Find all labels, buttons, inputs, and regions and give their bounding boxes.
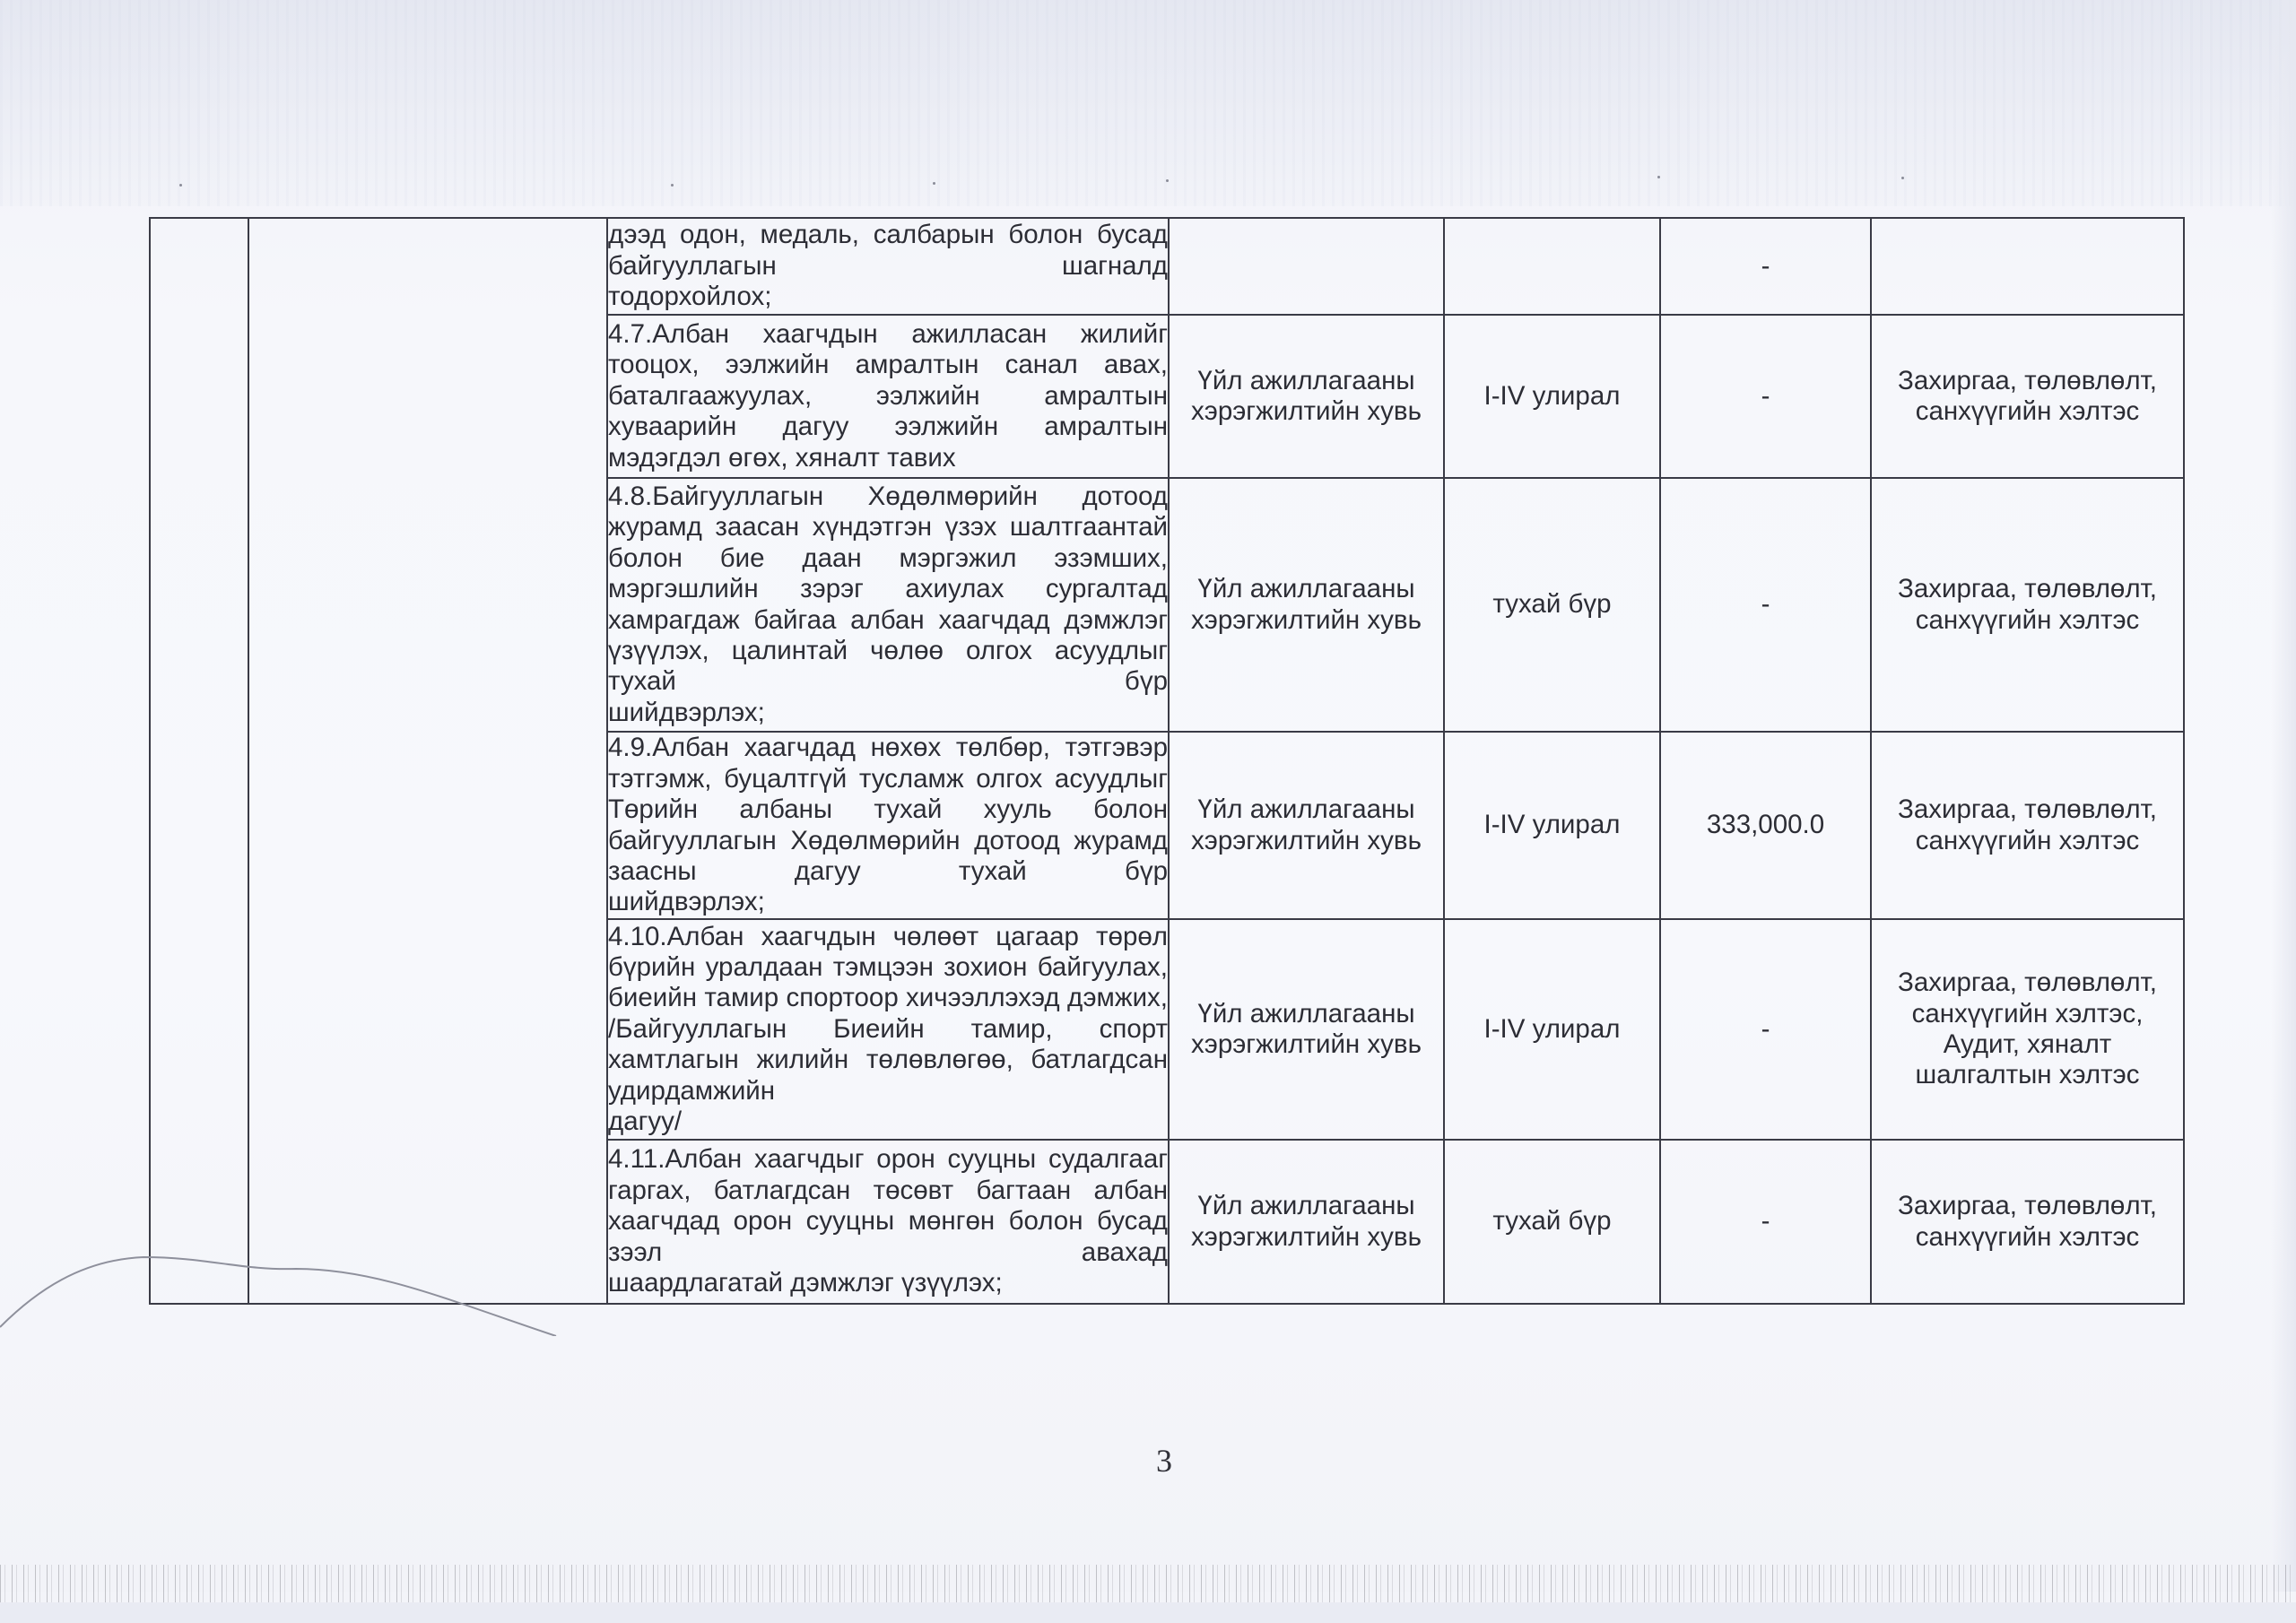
page-edge-shadow	[2271, 0, 2296, 1592]
activity-description-text: 4.7.Албан хаагчдын ажилласан жилийг тооц…	[608, 319, 1168, 441]
responsible-unit-cell: Захиргаа, төлөвлөлт, санхүүгийн хэлтэс	[1871, 1140, 2184, 1304]
scan-bottom-edge	[0, 1602, 2296, 1623]
budget-cell: -	[1660, 315, 1871, 478]
budget-cell: -	[1660, 1140, 1871, 1304]
responsible-unit-cell: Захиргаа, төлөвлөлт, санхүүгийн хэлтэс, …	[1871, 919, 2184, 1140]
activity-description-last-line: шаардлагатай дэмжлэг үзүүлэх;	[608, 1268, 1168, 1298]
activity-description-text: 4.11.Албан хаагчдыг орон сууцны судалгаа…	[608, 1144, 1168, 1266]
responsible-unit-cell	[1871, 218, 2184, 315]
activity-description-cell: 4.11.Албан хаагчдыг орон сууцны судалгаа…	[607, 1140, 1169, 1304]
indicator-cell: Үйл ажиллагааны хэрэгжилтийн хувь	[1169, 1140, 1444, 1304]
activity-description-last-line: тодорхойлох;	[608, 282, 1168, 312]
plan-table: дээд одон, медаль, салбарын болон бусад …	[149, 217, 2185, 1305]
responsible-unit-cell: Захиргаа, төлөвлөлт, санхүүгийн хэлтэс	[1871, 478, 2184, 732]
budget-cell: -	[1660, 478, 1871, 732]
indicator-cell: Үйл ажиллагааны хэрэгжилтийн хувь	[1169, 315, 1444, 478]
activity-description-last-line: шийдвэрлэх;	[608, 887, 1168, 917]
activity-description-cell: 4.8.Байгууллагын Хөдөлмөрийн дотоод жура…	[607, 478, 1169, 732]
scan-speck	[933, 182, 935, 185]
number-cell	[150, 218, 248, 1304]
timeline-cell: I-IV улирал	[1444, 315, 1660, 478]
goal-cell	[248, 218, 607, 1304]
budget-cell: 333,000.0	[1660, 732, 1871, 919]
activity-description-text: дээд одон, медаль, салбарын болон бусад …	[608, 220, 1168, 280]
indicator-cell: Үйл ажиллагааны хэрэгжилтийн хувь	[1169, 478, 1444, 732]
activity-description-last-line: дагуу/	[608, 1107, 1168, 1137]
scan-noise-top	[0, 0, 2296, 206]
scan-speck	[671, 184, 674, 187]
timeline-cell: тухай бүр	[1444, 1140, 1660, 1304]
timeline-cell: тухай бүр	[1444, 478, 1660, 732]
table-row: дээд одон, медаль, салбарын болон бусад …	[150, 218, 2184, 315]
responsible-unit-cell: Захиргаа, төлөвлөлт, санхүүгийн хэлтэс	[1871, 732, 2184, 919]
activity-description-last-line: шийдвэрлэх;	[608, 698, 1168, 728]
activity-description-text: 4.10.Албан хаагчдын чөлөөт цагаар төрөл …	[608, 922, 1168, 1106]
activity-description-cell: 4.7.Албан хаагчдын ажилласан жилийг тооц…	[607, 315, 1169, 478]
scan-speck	[1901, 177, 1904, 179]
scan-speck	[1166, 179, 1169, 182]
pen-stroke-mark	[0, 1237, 646, 1336]
activity-description-text: 4.8.Байгууллагын Хөдөлмөрийн дотоод жура…	[608, 482, 1168, 696]
activity-description-cell: дээд одон, медаль, салбарын болон бусад …	[607, 218, 1169, 315]
activity-description-cell: 4.9.Албан хаагчдад нөхөх төлбөр, тэтгэвэ…	[607, 732, 1169, 919]
timeline-cell: I-IV улирал	[1444, 919, 1660, 1140]
activity-description-last-line: мэдэгдэл өгөх, хяналт тавих	[608, 443, 1168, 473]
activity-description-cell: 4.10.Албан хаагчдын чөлөөт цагаар төрөл …	[607, 919, 1169, 1140]
indicator-cell	[1169, 218, 1444, 315]
budget-cell: -	[1660, 218, 1871, 315]
activity-description-text: 4.9.Албан хаагчдад нөхөх төлбөр, тэтгэвэ…	[608, 733, 1168, 886]
page-number: 3	[1137, 1442, 1191, 1480]
indicator-cell: Үйл ажиллагааны хэрэгжилтийн хувь	[1169, 732, 1444, 919]
indicator-cell: Үйл ажиллагааны хэрэгжилтийн хувь	[1169, 919, 1444, 1140]
responsible-unit-cell: Захиргаа, төлөвлөлт, санхүүгийн хэлтэс	[1871, 315, 2184, 478]
timeline-cell: I-IV улирал	[1444, 732, 1660, 919]
timeline-cell	[1444, 218, 1660, 315]
scan-speck	[1657, 176, 1660, 178]
scan-noise-bottom	[0, 1565, 2296, 1602]
budget-cell: -	[1660, 919, 1871, 1140]
scan-speck	[179, 184, 182, 187]
